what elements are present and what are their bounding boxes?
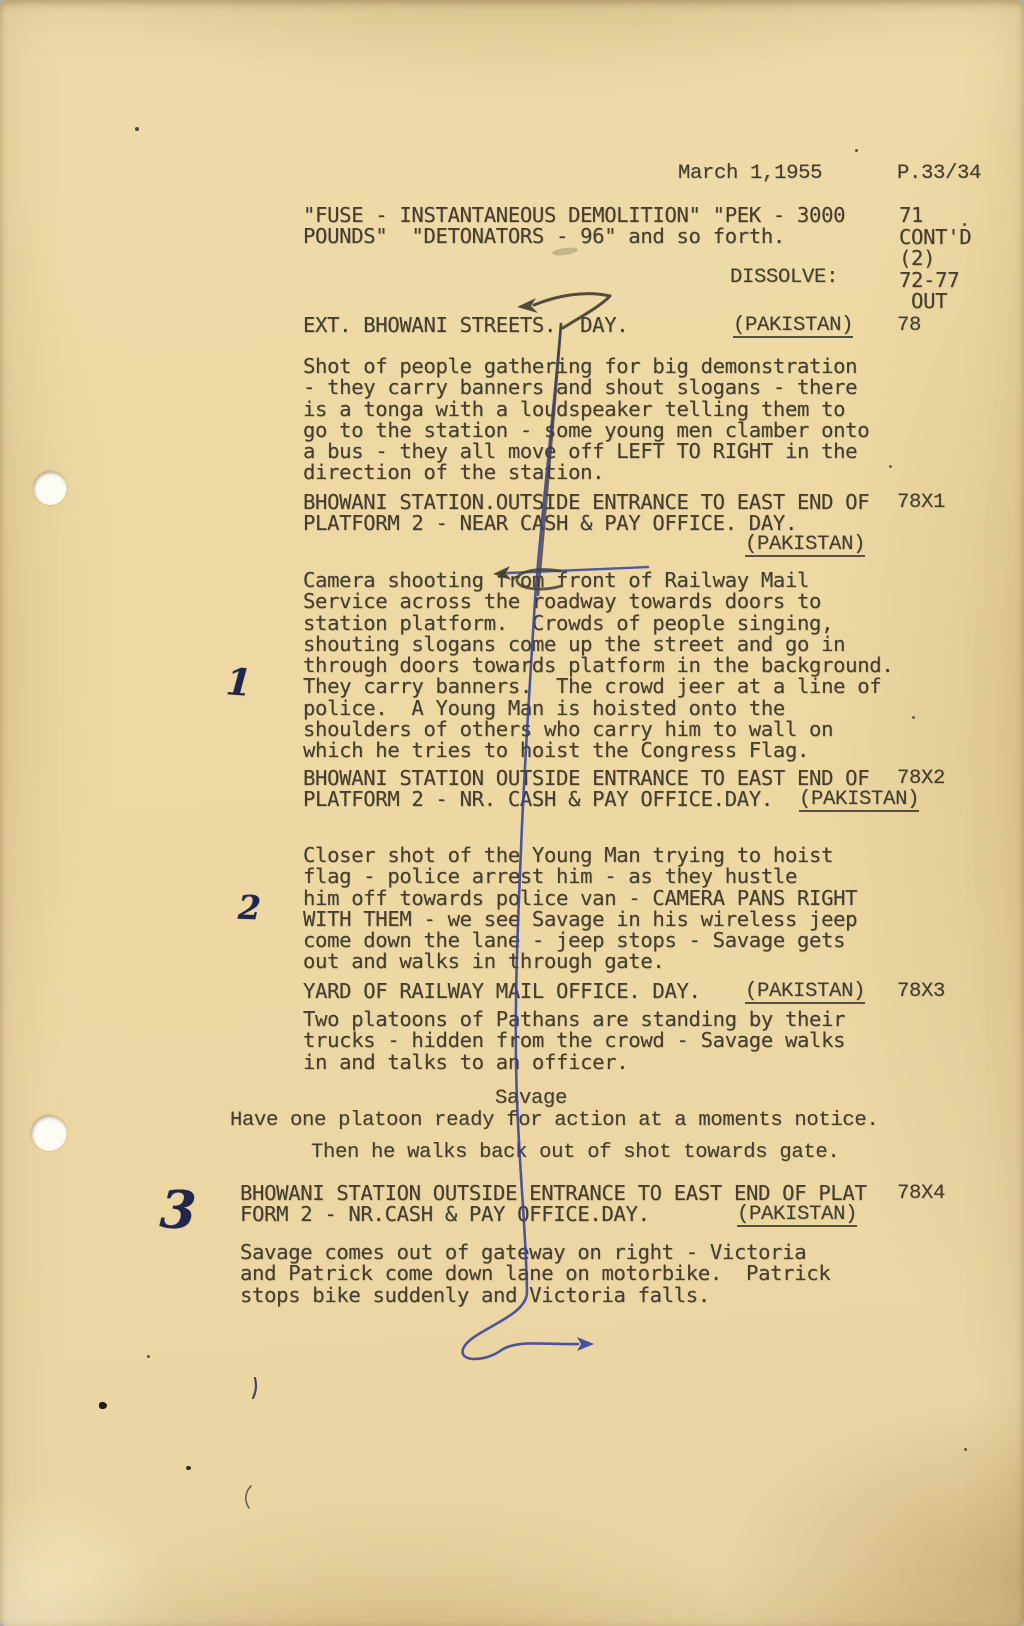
scene-number: 78X3 <box>897 981 945 1002</box>
paper-speck <box>99 1402 107 1409</box>
continued-action-text: "FUSE - INSTANTANEOUS DEMOLITION" "PEK -… <box>303 205 845 248</box>
transition-dissolve: DISSOLVE: <box>730 267 838 288</box>
margin-note-1: 1 <box>224 659 253 705</box>
page-date: March 1,1955 <box>678 163 822 184</box>
dialogue-character-cue: Savage <box>495 1088 567 1109</box>
dialogue-line: Have one platoon ready for action at a m… <box>230 1110 878 1131</box>
scene-heading: BHOWANI STATION.OUTSIDE ENTRANCE TO EAST… <box>303 492 869 535</box>
scene-action: Shot of people gathering for big demonst… <box>303 356 869 484</box>
region-tag: (PAKISTAN) <box>745 534 865 557</box>
paper-speck <box>912 716 915 719</box>
paper-speck <box>889 465 892 468</box>
scene-action: Camera shooting from front of Railway Ma… <box>303 570 893 762</box>
punch-hole-top <box>33 471 67 505</box>
paper-speck <box>963 223 966 226</box>
scene-action: Savage comes out of gateway on right - V… <box>240 1242 830 1306</box>
region-tag: (PAKISTAN) <box>737 1204 857 1227</box>
margin-note-2: 2 <box>237 888 261 928</box>
scene-heading: BHOWANI STATION OUTSIDE ENTRANCE TO EAST… <box>303 768 869 811</box>
margin-note-3: 3 <box>158 1179 197 1242</box>
region-tag: (PAKISTAN) <box>733 315 853 338</box>
scene-action: Closer shot of the Young Man trying to h… <box>303 845 857 973</box>
scene-number: 78 <box>897 315 921 336</box>
region-tag: (PAKISTAN) <box>745 981 865 1004</box>
punch-hole-bottom <box>31 1115 67 1151</box>
scene-heading: EXT. BHOWANI STREETS. DAY. <box>303 315 628 336</box>
scene-number: 78X1 <box>897 492 945 513</box>
scene-number: 78X2 <box>897 768 945 789</box>
pen-arrowhead-bottom <box>577 1337 594 1351</box>
paper-speck <box>147 1355 150 1358</box>
scene-action: Then he walks back out of shot towards g… <box>311 1142 839 1163</box>
region-tag: (PAKISTAN) <box>799 789 919 812</box>
paper-speck <box>964 1448 967 1451</box>
paper-speck <box>135 127 139 131</box>
page-number: P.33/34 <box>897 163 981 184</box>
paper-speck <box>186 1466 191 1470</box>
continued-scene-number-column: 71 CONT'D (2) 72-77 OUT <box>899 205 971 313</box>
scene-number: 78X4 <box>897 1183 945 1204</box>
pen-tick <box>253 1378 256 1398</box>
pen-arrowhead-top <box>517 298 538 313</box>
scene-heading: YARD OF RAILWAY MAIL OFFICE. DAY. <box>303 981 701 1002</box>
pen-mark-paren <box>246 1486 251 1508</box>
paper-speck <box>855 149 858 152</box>
script-page: March 1,1955 P.33/34 "FUSE - INSTANTANEO… <box>0 0 1024 1626</box>
scene-action: Two platoons of Pathans are standing by … <box>303 1009 845 1073</box>
